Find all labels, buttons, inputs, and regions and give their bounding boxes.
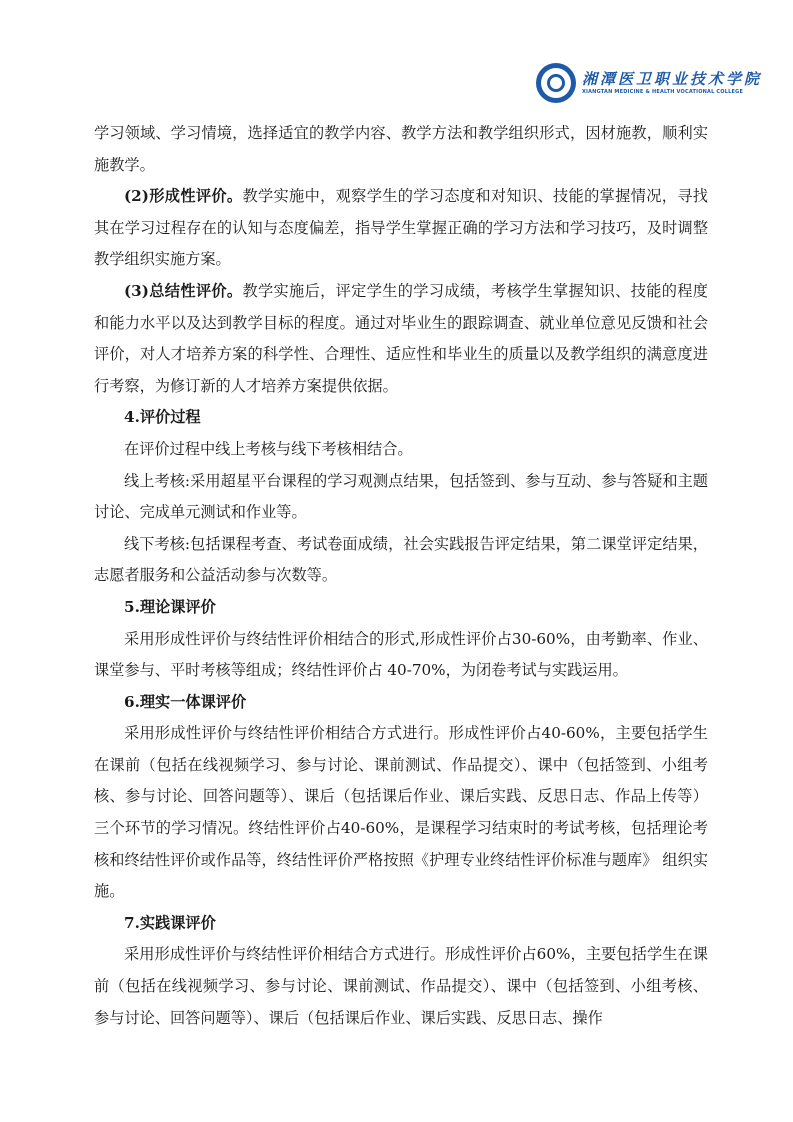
paragraph-4c: 线下考核:包括课程考查、考试卷面成绩，社会实践报告评定结果，第二课堂评定结果，志… (94, 529, 708, 592)
paragraph-4b: 线上考核:采用超星平台课程的学习观测点结果，包括签到、参与互动、参与答疑和主题讨… (94, 466, 708, 529)
document-body: 学习领域、学习情境，选择适宜的教学内容、教学方法和教学组织形式，因材施教，顺利实… (94, 118, 708, 1034)
paragraph-4a: 在评价过程中线上考核与线下考核相结合。 (94, 434, 708, 466)
paragraph-summative-evaluation: (3)总结性评价。教学实施后，评定学生的学习成绩，考核学生掌握知识、技能的程度和… (94, 276, 708, 402)
college-logo: 湘潭医卫职业技术学院 XIANGTAN MEDICINE & HEALTH VO… (536, 60, 766, 106)
paragraph-lead: (3)总结性评价。 (124, 282, 242, 300)
paragraph-lead: (2)形成性评价。 (124, 187, 242, 205)
logo-chinese-name: 湘潭医卫职业技术学院 (582, 70, 762, 88)
section-heading-5: 5.理论课评价 (94, 592, 708, 624)
logo-english-name: XIANGTAN MEDICINE & HEALTH VOCATIONAL CO… (582, 88, 762, 96)
paragraph-7: 采用形成性评价与终结性评价相结合方式进行。形成性评价占60%，主要包括学生在课前… (94, 939, 708, 1034)
paragraph-5: 采用形成性评价与终结性评价相结合的形式,形成性评价占30-60%，由考勤率、作业… (94, 624, 708, 687)
section-heading-7: 7.实践课评价 (94, 908, 708, 940)
section-heading-6: 6.理实一体课评价 (94, 687, 708, 719)
paragraph-continuation: 学习领域、学习情境，选择适宜的教学内容、教学方法和教学组织形式，因材施教，顺利实… (94, 118, 708, 181)
paragraph-6: 采用形成性评价与终结性评价相结合方式进行。形成性评价占40-60%，主要包括学生… (94, 718, 708, 908)
college-seal-icon (536, 63, 576, 103)
section-heading-4: 4.评价过程 (94, 402, 708, 434)
paragraph-formative-evaluation: (2)形成性评价。教学实施中，观察学生的学习态度和对知识、技能的掌握情况，寻找其… (94, 181, 708, 276)
logo-text: 湘潭医卫职业技术学院 XIANGTAN MEDICINE & HEALTH VO… (582, 70, 762, 96)
